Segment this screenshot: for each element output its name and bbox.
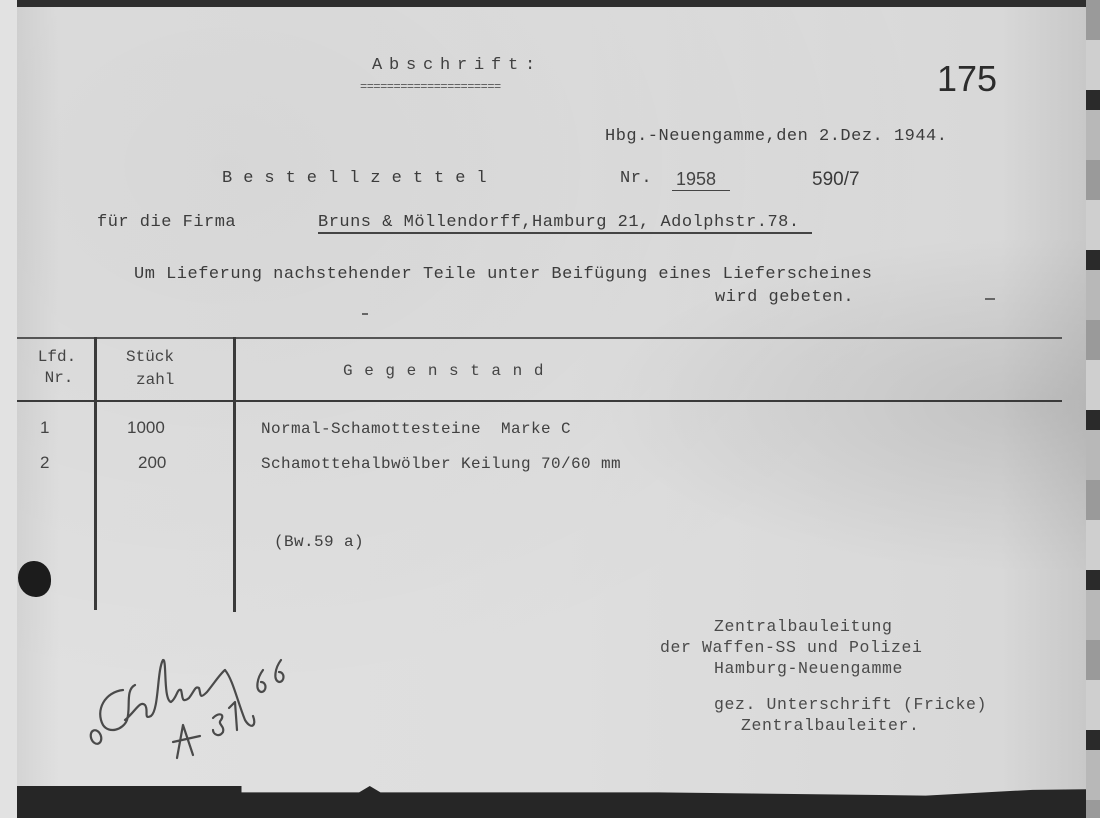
header-stueckzahl-line2: zahl [136, 371, 174, 389]
order-form-label: Bestellzettel [222, 169, 498, 188]
date-line: Hbg.-Neuengamme,den 2.Dez. 1944. [605, 127, 947, 146]
request-text-line1: Um Lieferung nachstehender Teile unter B… [134, 265, 872, 284]
column-divider [94, 337, 97, 610]
column-divider [233, 337, 236, 612]
order-number-value: 1958 [672, 169, 730, 191]
signature-org-line3: Hamburg-Neuengamme [714, 659, 903, 678]
signature-title: Zentralbauleiter. [741, 716, 920, 735]
header-lfd-nr-line1: Lfd. [22, 348, 92, 366]
scan-right-margin [1086, 0, 1100, 818]
punch-hole [18, 561, 51, 597]
table-note: (Bw.59 a) [274, 533, 364, 551]
request-text-line2: wird gebeten. [715, 288, 854, 307]
row-lfd-nr: 2 [40, 453, 49, 473]
header-stueckzahl-line1: Stück [126, 348, 174, 366]
header-gegenstand: G e g e n s t a n d [343, 362, 544, 380]
order-number-label: Nr. [620, 169, 652, 188]
page-number: 175 [937, 58, 997, 100]
stray-mark [985, 298, 995, 300]
firm-value: Bruns & Möllendorff,Hamburg 21, Adolphst… [318, 213, 812, 234]
header-lfd-nr-line2: Nr. [24, 369, 94, 387]
scan-left-margin [0, 0, 17, 818]
handwritten-annotation [85, 630, 325, 780]
row-stueckzahl: 1000 [127, 418, 165, 438]
stray-mark [362, 313, 368, 315]
title-underline: ===================== [360, 80, 501, 94]
signature-signed-by: gez. Unterschrift (Fricke) [714, 695, 987, 714]
row-stueckzahl: 200 [138, 453, 166, 473]
row-lfd-nr: 1 [40, 418, 49, 438]
document-title: Abschrift: [372, 56, 542, 75]
row-gegenstand: Schamottehalbwölber Keilung 70/60 mm [261, 455, 621, 473]
signature-org-line2: der Waffen-SS und Polizei [660, 638, 923, 657]
row-gegenstand: Normal-Schamottesteine Marke C [261, 420, 571, 438]
firm-label: für die Firma [97, 213, 236, 232]
signature-org-line1: Zentralbauleitung [714, 617, 893, 636]
order-reference: 590/7 [812, 169, 860, 191]
table-header-rule [17, 400, 1062, 402]
table-top-rule [17, 337, 1062, 339]
